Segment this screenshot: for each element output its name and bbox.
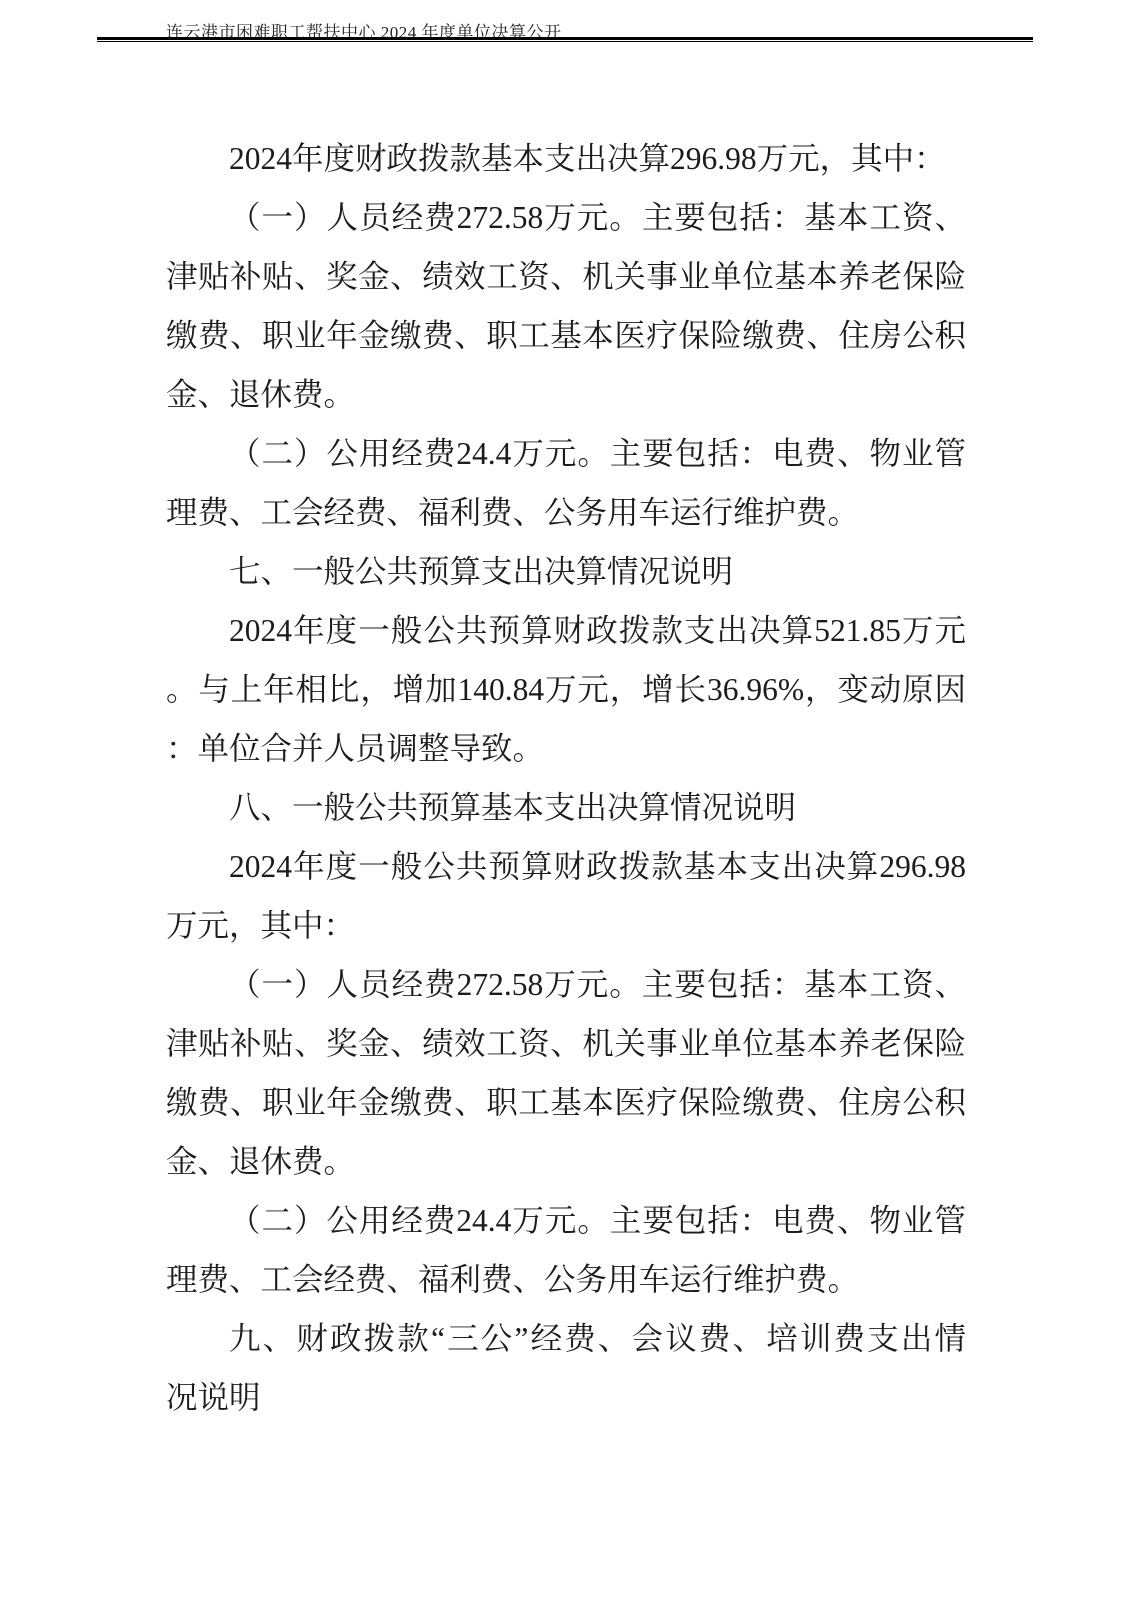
document-body: 2024年度财政拨款基本支出决算296.98万元，其中： （一）人员经费272.…	[166, 129, 966, 1427]
paragraph-public-expense-2: （二）公用经费24.4万元。主要包括：电费、物业管 理费、工会经费、福利费、公务…	[166, 1191, 966, 1309]
heading-section-seven: 七、一般公共预算支出决算情况说明	[166, 542, 966, 601]
text-line: 万元，其中：	[166, 896, 966, 955]
section-heading-line: 况说明	[166, 1368, 966, 1427]
paragraph-fiscal-basic-expenditure: 2024年度财政拨款基本支出决算296.98万元，其中：	[166, 129, 966, 188]
text-line: 。与上年相比，增加140.84万元，增长36.96%，变动原因	[166, 660, 966, 719]
paragraph-personnel-expense-2: （一）人员经费272.58万元。主要包括：基本工资、 津贴补贴、奖金、绩效工资、…	[166, 955, 966, 1191]
text-line: 理费、工会经费、福利费、公务用车运行维护费。	[166, 1250, 966, 1309]
text-line: 缴费、职业年金缴费、职工基本医疗保险缴费、住房公积	[166, 1073, 966, 1132]
text-line: 金、退休费。	[166, 1132, 966, 1191]
text-line: 2024年度一般公共预算财政拨款支出决算521.85万元	[166, 601, 966, 660]
heading-section-nine: 九、财政拨款“三公”经费、会议费、培训费支出情 况说明	[166, 1309, 966, 1427]
text-line: （二）公用经费24.4万元。主要包括：电费、物业管	[166, 424, 966, 483]
paragraph-public-expense-1: （二）公用经费24.4万元。主要包括：电费、物业管 理费、工会经费、福利费、公务…	[166, 424, 966, 542]
header-rule	[97, 37, 1033, 42]
text-line: ：单位合并人员调整导致。	[166, 719, 966, 778]
text-line: （一）人员经费272.58万元。主要包括：基本工资、	[166, 955, 966, 1014]
text-line: （二）公用经费24.4万元。主要包括：电费、物业管	[166, 1191, 966, 1250]
paragraph-general-budget-expenditure: 2024年度一般公共预算财政拨款支出决算521.85万元 。与上年相比，增加14…	[166, 601, 966, 778]
section-heading-line: 九、财政拨款“三公”经费、会议费、培训费支出情	[166, 1309, 966, 1368]
text-line: 津贴补贴、奖金、绩效工资、机关事业单位基本养老保险	[166, 1014, 966, 1073]
text-line: 2024年度财政拨款基本支出决算296.98万元，其中：	[166, 129, 966, 188]
section-heading-line: 八、一般公共预算基本支出决算情况说明	[166, 778, 966, 837]
text-line: 津贴补贴、奖金、绩效工资、机关事业单位基本养老保险	[166, 247, 966, 306]
text-line: 金、退休费。	[166, 365, 966, 424]
text-line: 缴费、职业年金缴费、职工基本医疗保险缴费、住房公积	[166, 306, 966, 365]
paragraph-personnel-expense-1: （一）人员经费272.58万元。主要包括：基本工资、 津贴补贴、奖金、绩效工资、…	[166, 188, 966, 424]
heading-section-eight: 八、一般公共预算基本支出决算情况说明	[166, 778, 966, 837]
document-page: 连云港市困难职工帮扶中心 2024 年度单位决算公开 2024年度财政拨款基本支…	[0, 0, 1131, 1600]
text-line: （一）人员经费272.58万元。主要包括：基本工资、	[166, 188, 966, 247]
text-line: 2024年度一般公共预算财政拨款基本支出决算296.98	[166, 837, 966, 896]
paragraph-general-budget-basic-expenditure: 2024年度一般公共预算财政拨款基本支出决算296.98 万元，其中：	[166, 837, 966, 955]
text-line: 理费、工会经费、福利费、公务用车运行维护费。	[166, 483, 966, 542]
header-rule-thin-line	[97, 41, 1033, 42]
section-heading-line: 七、一般公共预算支出决算情况说明	[166, 542, 966, 601]
